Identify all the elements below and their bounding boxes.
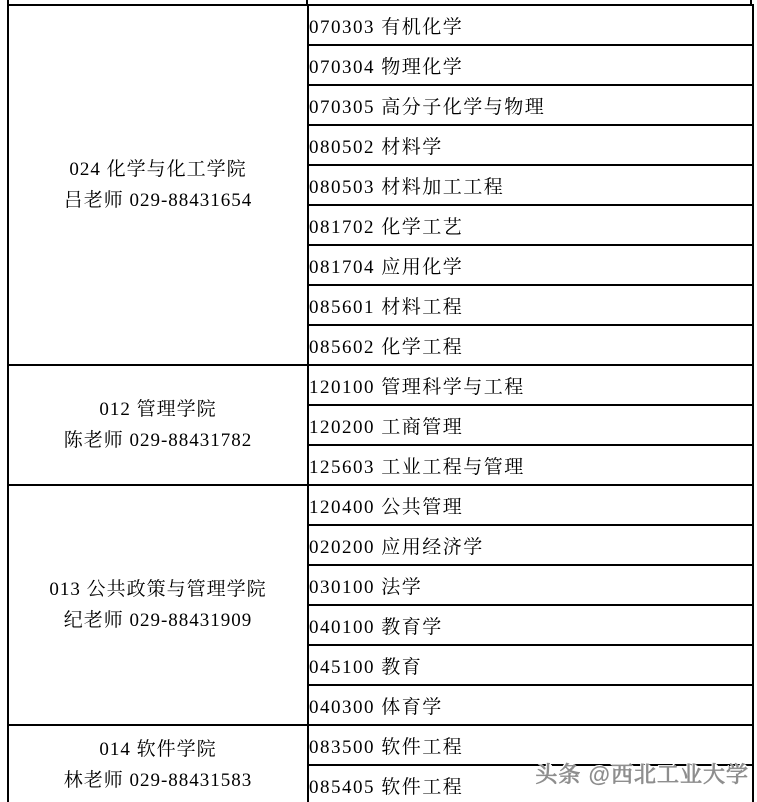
college-contact: 吕老师 029-88431654 [9,185,307,216]
major-cell: 020200 应用经济学 [308,525,753,565]
major-cell: 085601 材料工程 [308,285,753,325]
major-cell: 045100 教育 [308,645,753,685]
major-cell: 070304 物理化学 [308,45,753,85]
college-name: 012 管理学院 [9,394,307,425]
college-cell-024: 024 化学与化工学院 吕老师 029-88431654 [8,5,308,365]
major-cell: 070303 有机化学 [308,5,753,45]
college-contact: 陈老师 029-88431782 [9,425,307,456]
college-contact: 林老师 029-88431583 [9,765,307,796]
college-cell-012: 012 管理学院 陈老师 029-88431782 [8,365,308,485]
admissions-table: 024 化学与化工学院 吕老师 029-88431654 070303 有机化学… [7,4,754,802]
college-cell-014: 014 软件学院 林老师 029-88431583 [8,725,308,802]
table-row: 012 管理学院 陈老师 029-88431782 120100 管理科学与工程 [8,365,753,405]
major-cell: 081702 化学工艺 [308,205,753,245]
major-cell: 030100 法学 [308,565,753,605]
major-cell: 040300 体育学 [308,685,753,725]
college-cell-013: 013 公共政策与管理学院 纪老师 029-88431909 [8,485,308,725]
major-cell: 120400 公共管理 [308,485,753,525]
major-cell: 120200 工商管理 [308,405,753,445]
major-cell: 081704 应用化学 [308,245,753,285]
toutiao-watermark: 头条 @西北工业大学 [535,758,749,789]
major-cell: 040100 教育学 [308,605,753,645]
major-cell: 120100 管理科学与工程 [308,365,753,405]
major-cell: 085602 化学工程 [308,325,753,365]
college-contact: 纪老师 029-88431909 [9,605,307,636]
college-name: 013 公共政策与管理学院 [9,574,307,605]
major-cell: 070305 高分子化学与物理 [308,85,753,125]
college-name: 014 软件学院 [9,734,307,765]
college-name: 024 化学与化工学院 [9,154,307,185]
major-cell: 080503 材料加工工程 [308,165,753,205]
table-row: 024 化学与化工学院 吕老师 029-88431654 070303 有机化学 [8,5,753,45]
major-cell: 080502 材料学 [308,125,753,165]
major-cell: 125603 工业工程与管理 [308,445,753,485]
table-row: 013 公共政策与管理学院 纪老师 029-88431909 120400 公共… [8,485,753,525]
document-page: 024 化学与化工学院 吕老师 029-88431654 070303 有机化学… [0,0,757,802]
